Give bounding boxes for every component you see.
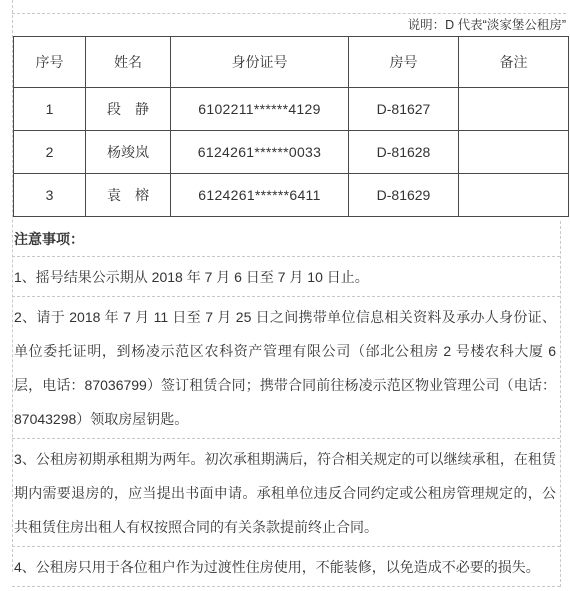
cell-name: 杨竣岚 [86, 131, 171, 174]
notes-section: 注意事项： 1、摇号结果公示期从 2018 年 7 月 6 日至 7 月 10 … [12, 221, 561, 587]
legend-row: 说明：D 代表“淡家堡公租房” [12, 13, 566, 36]
note-item-3: 3、公租房初期承租期为两年。初次承租期满后，符合相关规定的可以继续承租，在租赁期… [12, 439, 560, 547]
cell-index: 1 [14, 88, 86, 131]
table-row: 3 袁 榕 6124261******6411 D-81629 [14, 174, 569, 217]
cell-id-number: 6124261******0033 [171, 131, 349, 174]
cell-id-number: 6124261******6411 [171, 174, 349, 217]
col-header-room-number: 房号 [349, 37, 459, 88]
cell-room-number: D-81628 [349, 131, 459, 174]
cell-name: 段 静 [86, 88, 171, 131]
legend-text: 说明：D 代表“淡家堡公租房” [408, 18, 566, 32]
cell-id-number: 6102211******4129 [171, 88, 349, 131]
col-header-remark: 备注 [459, 37, 569, 88]
cell-remark [459, 88, 569, 131]
cell-index: 2 [14, 131, 86, 174]
cell-name: 袁 榕 [86, 174, 171, 217]
note-item-1: 1、摇号结果公示期从 2018 年 7 月 6 日至 7 月 10 日止。 [12, 257, 560, 297]
table-header-row: 序号 姓名 身份证号 房号 备注 [14, 37, 569, 88]
col-header-id-number: 身份证号 [171, 37, 349, 88]
cell-remark [459, 131, 569, 174]
notes-title: 注意事项： [12, 221, 560, 257]
allocation-table: 序号 姓名 身份证号 房号 备注 1 段 静 6102211******4129… [13, 36, 569, 217]
note-item-4: 4、公租房只用于各位租户作为过渡性住房使用，不能装修，以免造成不必要的损失。 [12, 547, 560, 587]
table-row: 1 段 静 6102211******4129 D-81627 [14, 88, 569, 131]
col-header-index: 序号 [14, 37, 86, 88]
cell-index: 3 [14, 174, 86, 217]
document-page: 说明：D 代表“淡家堡公租房” 序号 姓名 身份证号 房号 备注 1 段 静 6… [0, 0, 570, 591]
note-item-2: 2、请于 2018 年 7 月 11 日至 7 月 25 日之间携带单位信息相关… [12, 297, 560, 439]
table-row: 2 杨竣岚 6124261******0033 D-81628 [14, 131, 569, 174]
col-header-name: 姓名 [86, 37, 171, 88]
cell-room-number: D-81629 [349, 174, 459, 217]
cell-remark [459, 174, 569, 217]
cell-room-number: D-81627 [349, 88, 459, 131]
